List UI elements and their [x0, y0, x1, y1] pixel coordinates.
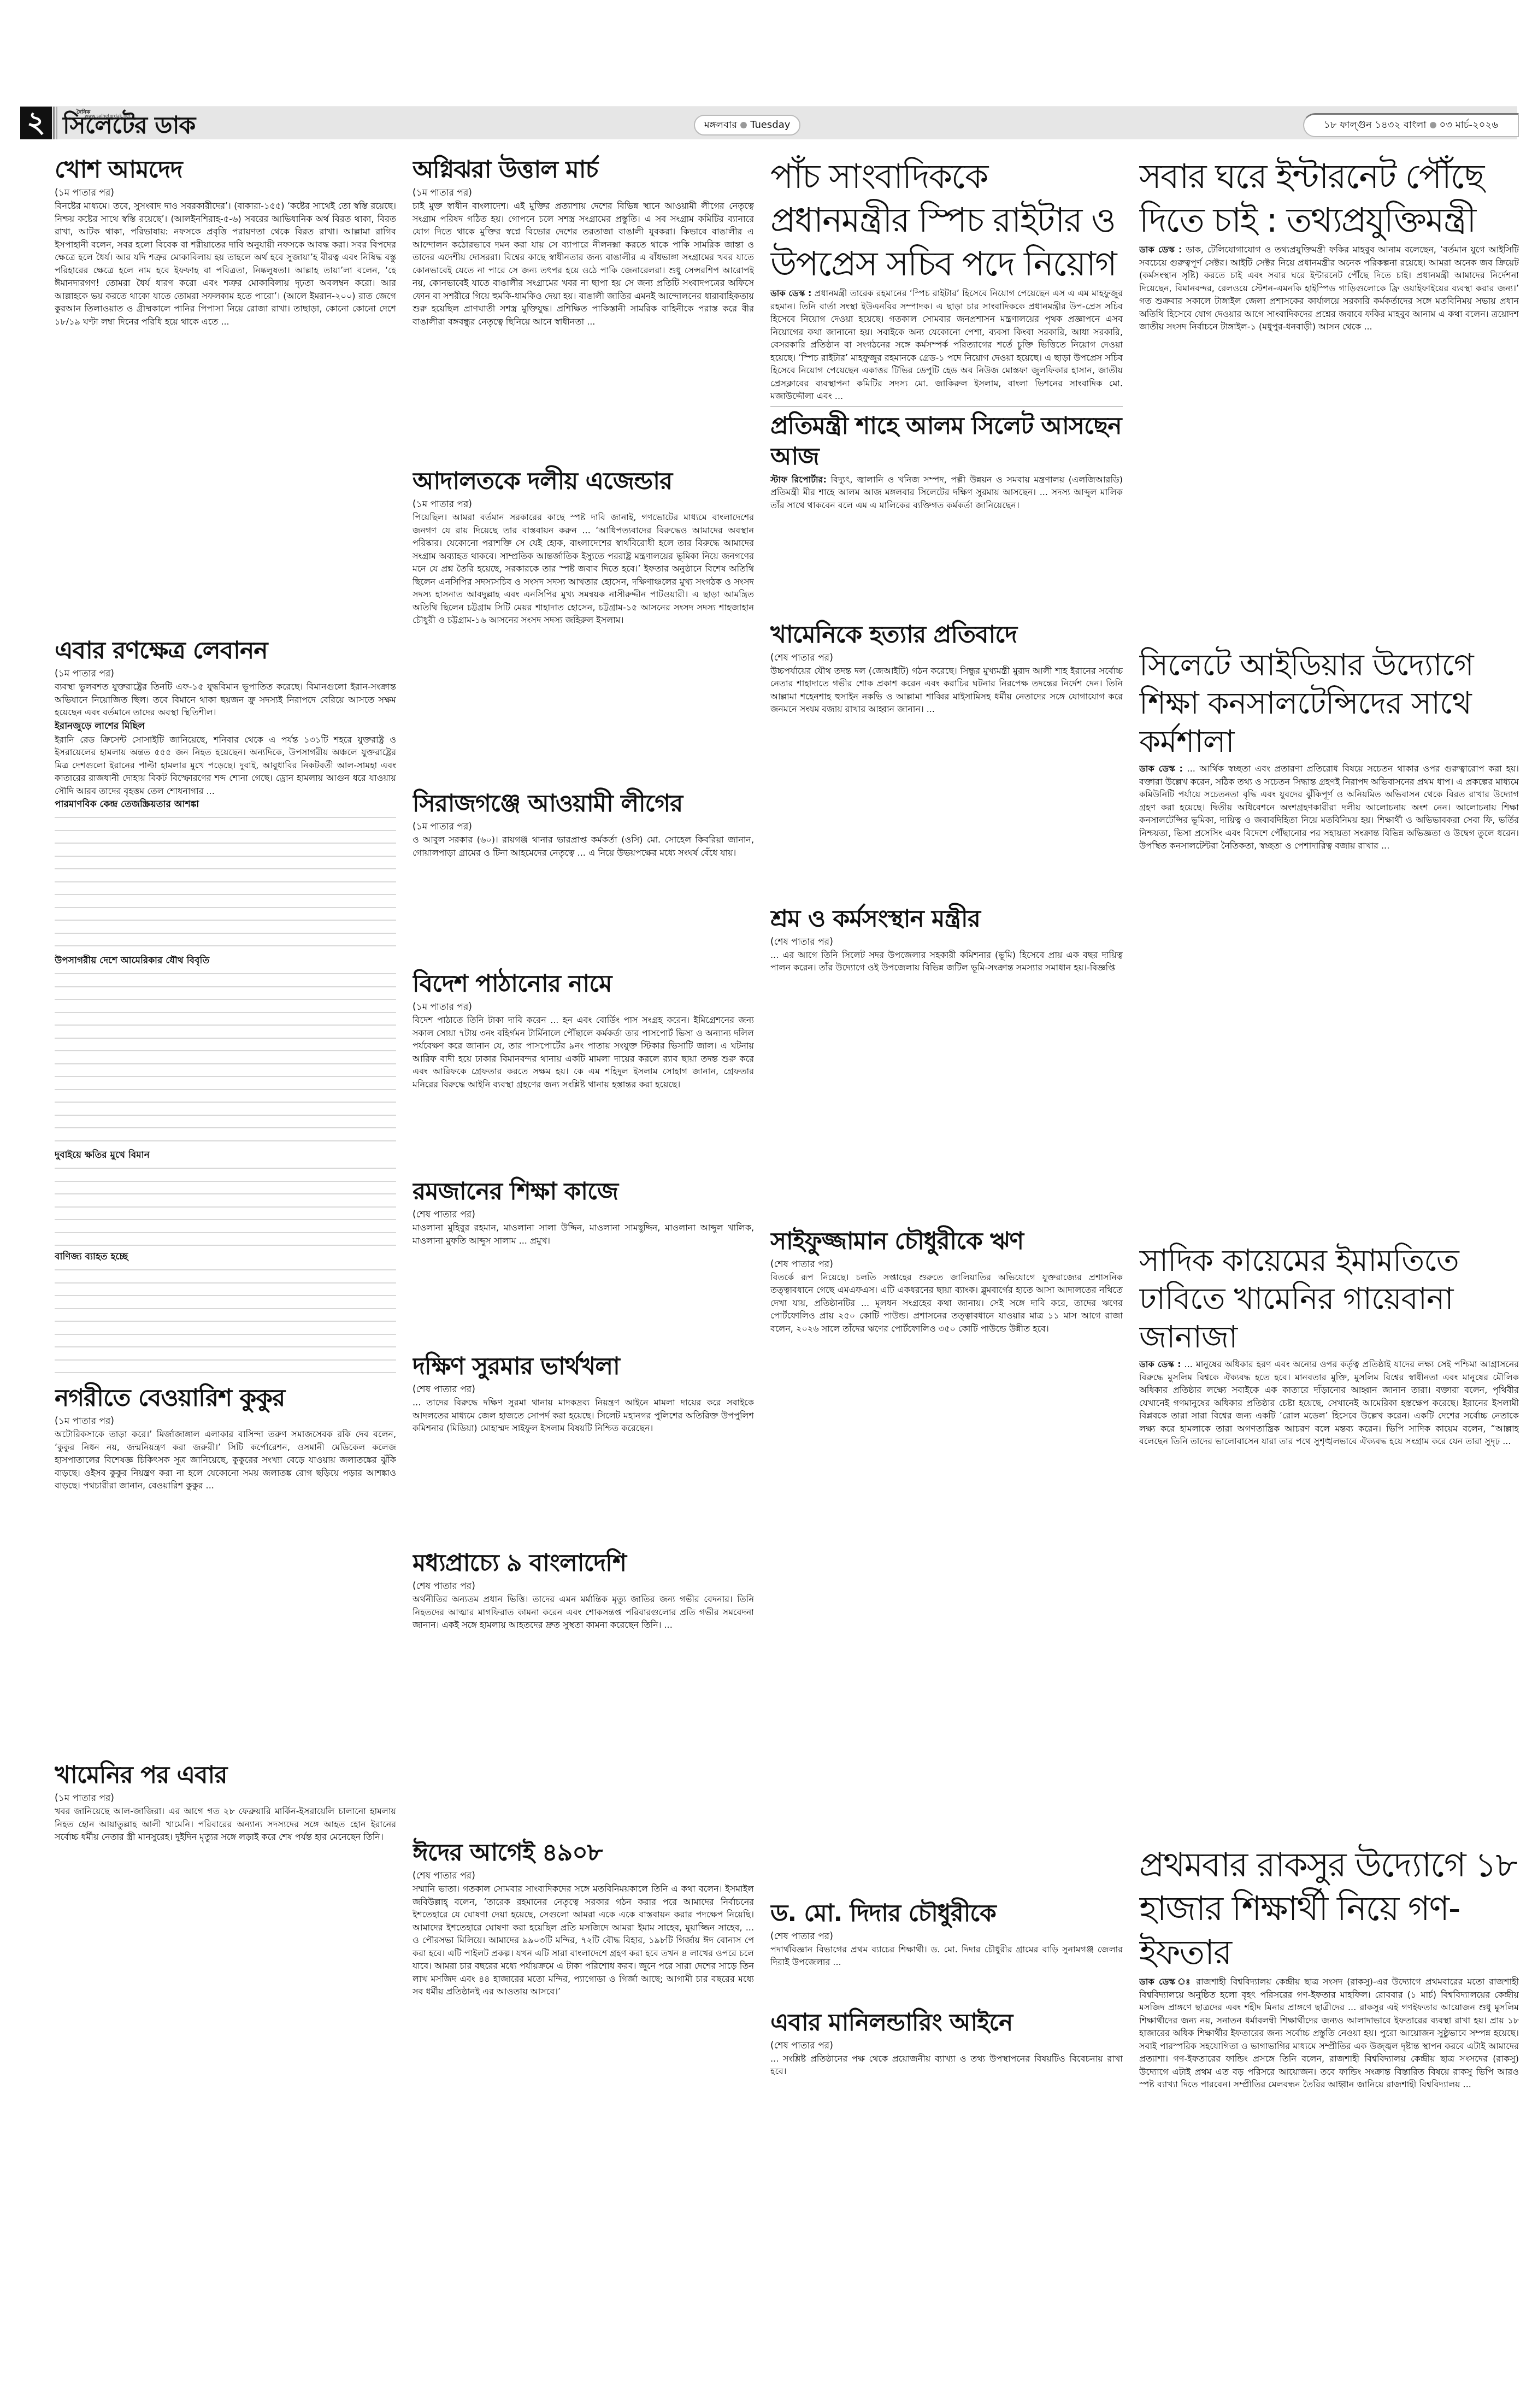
continuation-label: (১ম পাতার পর) — [413, 1000, 754, 1014]
article-body: পিয়েছিল। আমরা বর্তমান সরকারের কাছে স্পষ… — [413, 511, 754, 784]
article-after-khamenei: খামেনির পর এবার (১ম পাতার পর) খবর জানিয়… — [55, 1760, 396, 1844]
article-body: বিদেশ পাঠাতে তিনি টাকা দাবি করেন ... হন … — [413, 1014, 754, 1172]
article-body: মাওলানা মুহিবুর রহমান, মাওলানা সালা উদ্দ… — [413, 1221, 754, 1347]
article-body: ইরানি রেড ক্রিসেন্ট সোসাইটি জানিয়েছে, শ… — [55, 733, 396, 798]
article-labour-minister: শ্রম ও কর্মসংস্থান মন্ত্রীর (শেষ পাতার প… — [770, 904, 1123, 1222]
continuation-label: (১ম পাতার পর) — [413, 820, 754, 833]
article-before-eid: ঈদের আগেই ৪৯০৮ (শেষ পাতার পর) সম্মানি ভা… — [413, 1838, 754, 1998]
continuation-label: (শেষ পাতার পর) — [770, 935, 1123, 949]
headline: নগরীতে বেওয়ারিশ কুকুর — [55, 1383, 396, 1414]
headline: মধ্যপ্রাচ্যে ৯ বাংলাদেশি — [413, 1548, 754, 1579]
headline: সিরাজগঞ্জে আওয়ামী লীগের — [413, 788, 754, 819]
day-bn: মঙ্গলবার — [704, 119, 737, 131]
continuation-label: (শেষ পাতার পর) — [770, 651, 1123, 664]
headline: বিদেশ পাঠানোর নামে — [413, 969, 754, 999]
continuation-label: (শেষ পাতার পর) — [770, 1258, 1123, 1271]
article-body: অটোরিকসাকে তাড়া করে।’ মির্জাজাঙ্গাল এলা… — [55, 1428, 396, 1756]
subheading: দুবাইয়ে ক্ষতির মুখে বিমান — [55, 1148, 396, 1162]
day-badge: মঙ্গলবারTuesday — [694, 115, 800, 136]
newspaper-logo: সিলেটের ডাক — [63, 112, 195, 139]
article-idea-workshop: সিলেটে আইডিয়ার উদ্যোগে শিক্ষা কনসালটেন্… — [1139, 646, 1519, 1238]
article-ramadan-lessons: রমজানের শিক্ষা কাজে (শেষ পাতার পর) মাওলা… — [413, 1176, 754, 1347]
headline: সাইফুজ্জামান চৌধুরীকে ঋণ — [770, 1226, 1123, 1257]
article-overseas-fraud: বিদেশ পাঠানোর নামে (১ম পাতার পর) বিদেশ প… — [413, 969, 754, 1172]
column-3: পাঁচ সাংবাদিককে প্রধানমন্ত্রীর স্পিচ রাই… — [770, 150, 1123, 2363]
article-lebanon: এবার রণক্ষেত্র লেবানন (১ম পাতার পর) ব্যব… — [55, 635, 396, 1379]
article-sadiq-kayem-janaza: সাদিক কায়েমের ইমামতিতে ঢাবিতে খামেনির গ… — [1139, 1242, 1519, 1839]
subheading: উপসাগরীয় দেশে আমেরিকার যৌথ বিবৃতি — [55, 953, 396, 968]
day-en: Tuesday — [750, 119, 790, 131]
continuation-label: (শেষ পাতার পর) — [413, 1208, 754, 1221]
article-south-surma: দক্ষিণ সুরমার ভার্থখলা (শেষ পাতার পর) ..… — [413, 1351, 754, 1544]
dateline: ডাক ডেস্ক : — [1139, 1359, 1181, 1369]
article-body: সম্মানি ভাতা। গতকাল সোমবার সাংবাদিকদের স… — [413, 1882, 754, 1998]
date-en: ০৩ মার্চ-২০২৬ — [1440, 119, 1498, 131]
column-2: অগ্নিঝরা উত্তাল মার্চ (১ম পাতার পর) চাই … — [413, 150, 754, 2363]
continuation-label: (১ম পাতার পর) — [55, 1415, 396, 1428]
continuation-label: (শেষ পাতার পর) — [413, 1383, 754, 1396]
headline: এবার রণক্ষেত্র লেবানন — [55, 635, 396, 666]
headline: শ্রম ও কর্মসংস্থান মন্ত্রীর — [770, 904, 1123, 934]
article-body-filler — [55, 1162, 396, 1250]
dateline: ডাক ডেস্ক : — [770, 288, 811, 298]
continuation-label: (শেষ পাতার পর) — [770, 1930, 1123, 1943]
divider — [770, 406, 1123, 407]
continuation-label: (শেষ পাতার পর) — [413, 1869, 754, 1882]
continuation-label: (১ম পাতার পর) — [413, 186, 754, 199]
headline: সবার ঘরে ইন্টারনেট পৌঁছে দিতে চাই : তথ্য… — [1139, 155, 1519, 242]
article-body: ... মানুষের অধিকার হরণ এবং অন্যের ওপর কর… — [1139, 1359, 1519, 1446]
article-body: ... আর্থিক স্বচ্ছতা এবং প্রতারণা প্রতিরো… — [1139, 763, 1519, 851]
subheading: পারমাণবিক কেন্দ্র তেজস্ক্রিয়তার আশঙ্কা — [55, 797, 396, 811]
article-body: ... সংশ্লিষ্ট প্রতিষ্ঠানের পক্ষ থেকে প্র… — [770, 2052, 1123, 2078]
article-body: ও আবুল সরকার (৬০)। রায়গঞ্জ থানার ভারপ্র… — [413, 833, 754, 964]
column-1: খোশ আমদেদ (১ম পাতার পর) বিনষ্টের মাধ্যমে… — [55, 150, 396, 2363]
headline: খামেনির পর এবার — [55, 1760, 396, 1791]
article-sirajganj: সিরাজগঞ্জে আওয়ামী লীগের (১ম পাতার পর) ও… — [413, 788, 754, 964]
page-number: ২ — [20, 107, 52, 139]
article-fiery-march: অগ্নিঝরা উত্তাল মার্চ (১ম পাতার পর) চাই … — [413, 155, 754, 462]
headline: সিলেটে আইডিয়ার উদ্যোগে শিক্ষা কনসালটেন্… — [1139, 646, 1519, 761]
column-4: সবার ঘরে ইন্টারনেট পৌঁছে দিতে চাই : তথ্য… — [1139, 150, 1519, 2363]
article-raksu-iftar: প্রথমবার রাকসুর উদ্যোগে ১৮ হাজার শিক্ষার… — [1139, 1843, 1519, 2091]
article-speechwriter: পাঁচ সাংবাদিককে প্রধানমন্ত্রীর স্পিচ রাই… — [770, 155, 1123, 403]
date-bn: ১৮ ফাল্গুন ১৪৩২ বাংলা — [1324, 119, 1426, 131]
article-body-filler — [55, 811, 396, 953]
headline: পাঁচ সাংবাদিককে প্রধানমন্ত্রীর স্পিচ রাই… — [770, 155, 1123, 286]
headline: ড. মো. দিদার চৌধুরীকে — [770, 1898, 1123, 1929]
headline: অগ্নিঝরা উত্তাল মার্চ — [413, 155, 754, 185]
date-badge: ১৮ ফাল্গুন ১৪৩২ বাংলা০৩ মার্চ-২০২৬ — [1303, 113, 1519, 137]
article-body: প্রধানমন্ত্রী তারেক রহমানের ‘স্পিচ রাইটা… — [770, 288, 1123, 401]
continuation-label: (১ম পাতার পর) — [413, 498, 754, 511]
headline: সাদিক কায়েমের ইমামতিতে ঢাবিতে খামেনির গ… — [1139, 1242, 1519, 1357]
headline: ঈদের আগেই ৪৯০৮ — [413, 1838, 754, 1868]
dateline: ডাক ডেস্ক ঃ — [1139, 1976, 1192, 1987]
continuation-label: (শেষ পাতার পর) — [770, 2039, 1123, 2052]
continuation-label: (১ম পাতার পর) — [55, 186, 396, 199]
article-body: রাজশাহী বিশ্ববিদ্যালয় কেন্দ্রীয় ছাত্র … — [1139, 1976, 1519, 2089]
article-body: বিনষ্টের মাধ্যমে। তবে, সুসংবাদ দাও সবরকা… — [55, 199, 396, 631]
article-body: উচ্চপর্যায়ের যৌথ তদন্ত দল (জেআইটি) গঠন … — [770, 664, 1123, 899]
article-body: ডাক, টেলিযোগাযোগ ও তথ্যপ্রযুক্তিমন্ত্রী … — [1139, 244, 1519, 332]
article-body-filler — [55, 968, 396, 1148]
dateline: স্টাফ রিপোর্টার: — [770, 474, 827, 485]
article-body: অর্থনীতির অন্যতম প্রধান ভিত্তি। তাদের এম… — [413, 1593, 754, 1833]
article-body: খবর জানিয়েছে আল-জাজিরা। এর আগে গত ২৮ ফে… — [55, 1805, 396, 1844]
article-court-agenda: আদালতকে দলীয় এজেন্ডার (১ম পাতার পর) পিয… — [413, 466, 754, 784]
headline: প্রতিমন্ত্রী শাহে আলম সিলেট আসছেন আজ — [770, 411, 1123, 472]
article-body: ... তাদের বিরুদ্ধে দক্ষিণ সুরমা থানায় ম… — [413, 1396, 754, 1544]
article-body-filler — [55, 1264, 396, 1379]
article-body: পদার্থবিজ্ঞান বিভাগের প্রথম ব্যাচের শিক্… — [770, 1943, 1123, 2003]
article-state-minister: প্রতিমন্ত্রী শাহে আলম সিলেট আসছেন আজ স্ট… — [770, 411, 1123, 615]
article-body: ... এর আগে তিনি সিলেট সদর উপজেলার সহকারী… — [770, 949, 1123, 1222]
article-internet-every-home: সবার ঘরে ইন্টারনেট পৌঁছে দিতে চাই : তথ্য… — [1139, 155, 1519, 642]
article-khosh-amded: খোশ আমদেদ (১ম পাতার পর) বিনষ্টের মাধ্যমে… — [55, 155, 396, 631]
continuation-label: (১ম পাতার পর) — [55, 667, 396, 680]
article-saifuzzaman-loan: সাইফুজ্জামান চৌধুরীকে ঋণ (শেষ পাতার পর) … — [770, 1226, 1123, 1894]
headline: দক্ষিণ সুরমার ভার্থখলা — [413, 1351, 754, 1382]
masthead-divider — [53, 107, 57, 139]
continuation-label: (শেষ পাতার পর) — [413, 1580, 754, 1593]
headline: রমজানের শিক্ষা কাজে — [413, 1176, 754, 1207]
article-khamenei-protest: খামেনিকে হত্যার প্রতিবাদে (শেষ পাতার পর)… — [770, 620, 1123, 899]
headline: খামেনিকে হত্যার প্রতিবাদে — [770, 620, 1123, 650]
article-middle-east-bangladeshis: মধ্যপ্রাচ্যে ৯ বাংলাদেশি (শেষ পাতার পর) … — [413, 1548, 754, 1833]
article-stray-dogs: নগরীতে বেওয়ারিশ কুকুর (১ম পাতার পর) অটো… — [55, 1383, 396, 1756]
bullet-dot-icon — [740, 122, 747, 128]
article-body: ব্যবস্থা ভুলবশত যুক্তরাষ্ট্রের তিনটি এফ-… — [55, 680, 396, 719]
article-body: চাই মুক্ত স্বাধীন বাংলাদেশ। এই মুক্তির প… — [413, 199, 754, 462]
headline: আদালতকে দলীয় এজেন্ডার — [413, 466, 754, 497]
dateline: ডাক ডেস্ক : — [1139, 244, 1182, 255]
dateline: ডাক ডেস্ক : — [1139, 763, 1183, 774]
headline: খোশ আমদেদ — [55, 155, 396, 185]
headline: প্রথমবার রাকসুর উদ্যোগে ১৮ হাজার শিক্ষার… — [1139, 1843, 1519, 1974]
article-didar-chowdhury: ড. মো. দিদার চৌধুরীকে (শেষ পাতার পর) পদা… — [770, 1898, 1123, 2003]
subheading: বাণিজ্য ব্যাহত হচ্ছে — [55, 1250, 396, 1264]
subheading: ইরানজুড়ে লাশের মিছিল — [55, 719, 396, 733]
article-money-laundering: এবার মানিলন্ডারিং আইনে (শেষ পাতার পর) ..… — [770, 2007, 1123, 2078]
continuation-label: (১ম পাতার পর) — [55, 1792, 396, 1805]
bullet-dot-icon — [1430, 122, 1436, 128]
headline: এবার মানিলন্ডারিং আইনে — [770, 2007, 1123, 2038]
article-body: বিতর্কে রূপ নিয়েছে। চলতি সপ্তাহের শুরুত… — [770, 1271, 1123, 1894]
